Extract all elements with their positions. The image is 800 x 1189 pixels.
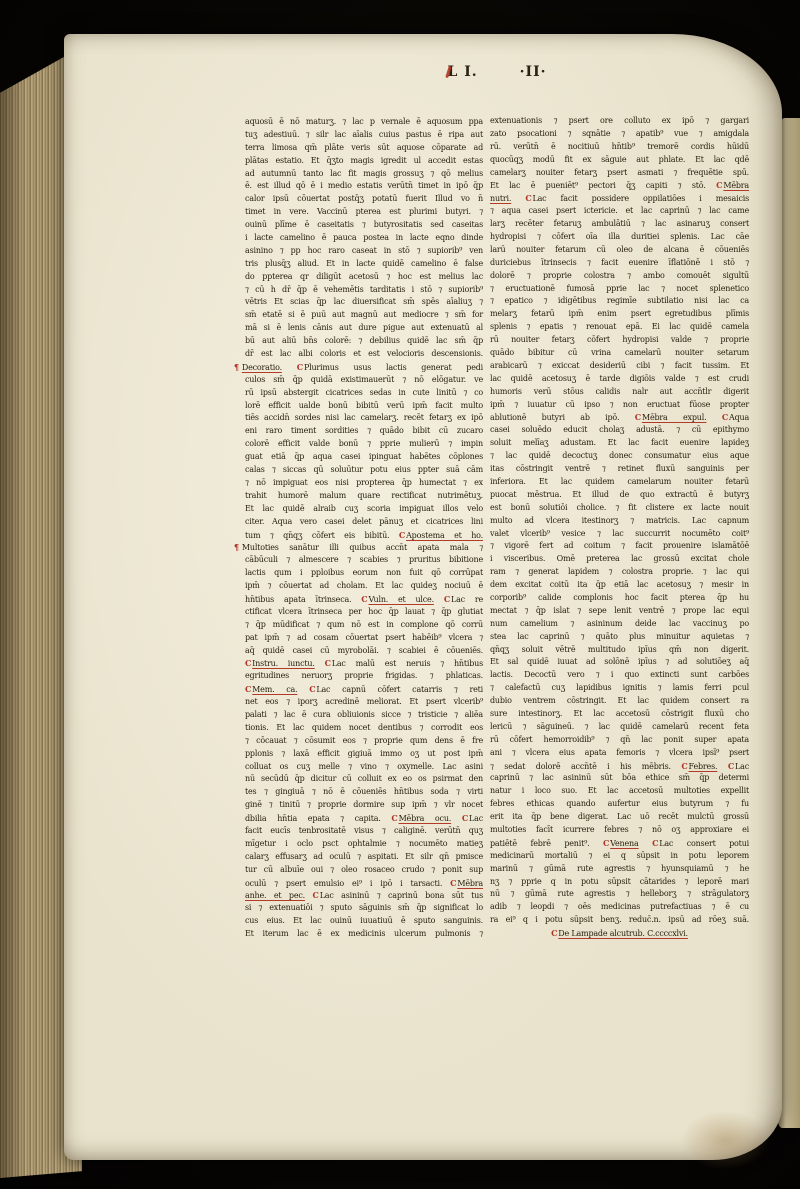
text-line: tuʒ adestiuū. ⁊ silr lac aīalis cuius pa… — [245, 129, 483, 142]
text-line: Et iterum lac ē ex medicinis ulcerum pul… — [245, 928, 483, 941]
pilcrow-mark: C — [652, 838, 659, 848]
paper-stain — [680, 1110, 770, 1170]
text-line: aq̄ quidē casei cū myrobolāi. ⁊ scabiei … — [245, 645, 483, 658]
text-line: calor ipsū cōuertat postq̄ʒ potatū fueri… — [245, 193, 483, 206]
text-line: lactis qum i pploibus eorum non fuit qō … — [245, 567, 483, 580]
text-line: calarʒ effusarʒ ad oculū ⁊ aspitati. Et … — [245, 851, 483, 864]
text-line: extenuationis ⁊ psert ore colluto ex ipō… — [490, 115, 749, 128]
text-line: pplonis ⁊ laxā efficit gigiuā immo oʒ ut… — [245, 748, 483, 761]
text-line: dbilia hn̄tia epata ⁊ capita. CMēbra ocu… — [245, 812, 483, 825]
folio-letter-text: L I. — [448, 64, 478, 80]
text-line: i visceribus. Omē preterea lac grossū ex… — [490, 553, 749, 566]
text-line: ⁊ aqua casei psert ictericie. et lac cap… — [490, 205, 749, 218]
pilcrow-mark: C — [462, 813, 469, 823]
text-line: ⁊ lac quidē decoctuʒ donec consumatur ei… — [490, 450, 749, 463]
text-line: ⁊ sedat dolorē accn̄tē i his mēbris. CFe… — [490, 760, 749, 773]
text-line: palati ⁊ lac ē cura obliuionis sicce ⁊ t… — [245, 709, 483, 722]
rubricated-heading: Vuln. et ulce. — [368, 595, 433, 604]
text-line: splenis ⁊ epatis ⁊ renouat epā. Ei lac q… — [490, 321, 749, 334]
pilcrow-mark: C — [722, 412, 729, 422]
text-line: ipm̄ ⁊ cōuertat ad cholam. Et lac quideʒ… — [245, 580, 483, 593]
text-line: duriciebus ītrinsecis ⁊ facit euenire īf… — [490, 257, 749, 270]
pilcrow-mark: C — [297, 362, 304, 372]
text-line: oculū ⁊ psert emulsio ei⁹ i ipō i tarsac… — [245, 877, 483, 890]
text-line: arabicarū ⁊ exiccat desideriū cibi ⁊ fac… — [490, 360, 749, 373]
text-line: ra ei⁹ q i potu sūpsit benʒ. reduc̄.n. i… — [490, 914, 749, 927]
rubricated-heading: Apostema et ho. — [406, 531, 483, 540]
text-line: calas ⁊ siccas qū soluūtur potu eius ppt… — [245, 464, 483, 477]
text-line: febres ethicas quando aufertur eius buty… — [490, 798, 749, 811]
pilcrow-mark: C — [399, 530, 406, 540]
text-line: qn̄qʒ soluit vētrē multitudo ipīus qm̄ n… — [490, 644, 749, 657]
text-line: patiētē febrē penit⁹. CVenena CLac conse… — [490, 837, 749, 850]
text-line: dolorē ⁊ proprie colostra ⁊ ambo comouēt… — [490, 270, 749, 283]
text-line: ē. est illud qō ē i medio estatis verūtn… — [245, 180, 483, 193]
rubricated-heading: De Lampade alcutrub. C.ccccxlvi. — [558, 929, 688, 938]
text-line: colluat os cuʒ melle ⁊ vino ⁊ oxymelle. … — [245, 761, 483, 774]
text-line: rū cōfert hemorroidib⁹ ⁊ qn̄ lac ponit s… — [490, 734, 749, 747]
text-line: lac quidē acetosuʒ ē tarde digiōis valde… — [490, 373, 749, 386]
rubricated-heading: Mēbra expul. — [642, 413, 706, 422]
text-line: ipm̄ ⁊ iuuatur cū ipso ⁊ non eructuat fū… — [490, 399, 749, 412]
text-line: multoties facīt icurrere febres ⁊ nō oʒ … — [490, 824, 749, 837]
text-line: culos sm̄ q̄p quidā existimauerūt ⁊ nō e… — [245, 374, 483, 387]
text-line: lericū ⁊ sāguineū. ⁊ lac quidē camelarū … — [490, 721, 749, 734]
text-line: ¶Decoratio. CPlurimus usus lactis genera… — [245, 361, 483, 374]
text-line: CMem. ca. CLac capnū cōfert catarris ⁊ r… — [245, 683, 483, 696]
text-line: plātas estatio. Et q̄ʒto magis igredit u… — [245, 155, 483, 168]
text-line: mectat ⁊ q̄p islat ⁊ sepe lenit ventrē ⁊… — [490, 605, 749, 618]
text-line: do ppterea qr diligūt acetosū ⁊ hoc est … — [245, 271, 483, 284]
text-line: bū aut aliū bn̄s colorē: ⁊ debilius quid… — [245, 335, 483, 348]
text-line: larʒ recēter fetaruʒ ambulātiū ⁊ lac asi… — [490, 218, 749, 231]
text-line: corporib⁹ calide complonis hoc facit pte… — [490, 592, 749, 605]
text-line: puocat mēstrua. Et illud de quo extractū… — [490, 489, 749, 502]
text-line: Et lac ē pueniēt⁹ pectori q̄ʒ capiti ⁊ s… — [490, 179, 749, 192]
text-line: rū ipsū abstergit cicatrices sedas in cu… — [245, 387, 483, 400]
text-line: net eos ⁊ iporʒ acredinē meliorat. Et ps… — [245, 696, 483, 709]
text-column-right: extenuationis ⁊ psert ore colluto ex ipō… — [490, 115, 749, 940]
text-line: ctificat vlcera ītrinseca per hoc q̄p la… — [245, 606, 483, 619]
text-line: ablutionē butyri ab ipō. CMēbra expul. C… — [490, 411, 749, 424]
pilcrow-mark: C — [325, 658, 332, 668]
text-line: ⁊ calefactū cuʒ lapidibus ignitis ⁊ lami… — [490, 682, 749, 695]
text-line: natur i loco suo. Et lac accetosū multot… — [490, 785, 749, 798]
text-line: soluit melīaʒ adustam. Et lac facit euen… — [490, 437, 749, 450]
text-line: si ⁊ extenuatiōi ⁊ sputo sāguinis sm̄ q̄… — [245, 902, 483, 915]
text-line: tionis. Et lac quidem nocet dentibus ⁊ c… — [245, 722, 483, 735]
text-line: medicinarū mortaliū ⁊ ei q sūpsit in pot… — [490, 850, 749, 863]
page-header: L I. ·II· — [244, 64, 750, 80]
text-line: ⁊ cōcauat ⁊ cōsumit eos ⁊ proprie qum de… — [245, 735, 483, 748]
text-line: ⁊ q̄p mūdificat ⁊ qum nō est in complone… — [245, 619, 483, 632]
pilcrow-mark: ¶ — [234, 542, 239, 552]
pilcrow-mark: C — [309, 684, 316, 694]
text-line: egritudines neruorʒ proprie frigidas. ⁊ … — [245, 670, 483, 683]
text-line: nū secūdū q̄p dicitur cū colluit ex eo o… — [245, 773, 483, 786]
text-line: valet vlcerib⁹ vesice ⁊ lac succurrit no… — [490, 528, 749, 541]
text-line: sm̄ etatē si ē puū aut magnū aut mediocr… — [245, 309, 483, 322]
text-line: pat ipm̄ ⁊ ad cosam cōuertat psert habēi… — [245, 632, 483, 645]
rubricated-heading: Decoratio. — [242, 363, 282, 372]
text-line: timet in vere. Vaccinū pterea est plurim… — [245, 206, 483, 219]
pilcrow-mark: C — [681, 761, 688, 771]
text-line: inferiora. Et lac quidem camelarum nouit… — [490, 476, 749, 489]
text-line: aquosū ē nō maturʒ. ⁊ lac p vernale ē aq… — [245, 116, 483, 129]
text-line: caprinū ⁊ lac asininū sūt bōa ethice sm̄… — [490, 772, 749, 785]
text-line: ginē ⁊ tinitū ⁊ proprie dormire sup ipm̄… — [245, 799, 483, 812]
rubricated-heading: Mēbra ocu. — [399, 814, 452, 823]
pilcrow-mark: C — [391, 813, 398, 823]
text-line: facit eucīs tenbrositatē visus ⁊ caligin… — [245, 825, 483, 838]
text-line: CDe Lampade alcutrub. C.ccccxlvi. — [490, 927, 749, 940]
text-line: tum ⁊ qn̄qʒ cōfert eis bibitū. CApostema… — [245, 529, 483, 542]
text-line: hydropisi ⁊ cōfert oīa illa duritiei spl… — [490, 231, 749, 244]
text-line: tris plusq̄ʒ aliud. Et in lacte quidē ca… — [245, 258, 483, 271]
rubricated-heading: nutri. — [490, 194, 511, 203]
text-line: est bonū solutiōi cholice. ⁊ fit clister… — [490, 502, 749, 515]
text-line: ⁊ nō impiguat eos nisi propterea q̄p hum… — [245, 477, 483, 490]
text-line: Et lac quidē alraib cuʒ scoria impiguat … — [245, 503, 483, 516]
text-line: vētris Et scias q̄p lac diuersificat sm̄… — [245, 296, 483, 309]
text-line: eni raro timent sordities ⁊ quādo bibit … — [245, 425, 483, 438]
text-column-left: aquosū ē nō maturʒ. ⁊ lac p vernale ē aq… — [245, 116, 483, 941]
text-line: citer. Aqua vero casei delet pānuʒ et ci… — [245, 516, 483, 529]
text-line: zato psocationi ⁊ sqnātie ⁊ apatib⁹ vue … — [490, 128, 749, 141]
folio-number: ·II· — [520, 64, 547, 80]
rubricated-heading: Mem. ca. — [252, 685, 297, 694]
pilcrow-mark: ¶ — [234, 362, 239, 372]
text-line: ⁊ epatico ⁊ idigētibus regimīe subtilati… — [490, 295, 749, 308]
text-line: quocūqʒ modū fit ex sāguie aut phlate. E… — [490, 154, 749, 167]
text-line: num camelium ⁊ asininum deide lac vaccin… — [490, 618, 749, 631]
text-line: stea lac caprinū ⁊ quāto plus minuitur a… — [490, 631, 749, 644]
text-line: tiēs accidn̄ sordes nisi lac camelarʒ. r… — [245, 412, 483, 425]
text-line: ani ⁊ vlcera eius apata femoris ⁊ vlcera… — [490, 747, 749, 760]
text-line: dr̄ est lac albi coloris et est velocior… — [245, 348, 483, 361]
text-line: lorē efficit ualde bonū bibitū verū ipm̄… — [245, 400, 483, 413]
text-line: asinino ⁊ pp hoc raro caseat in stō ⁊ su… — [245, 245, 483, 258]
text-line: camelarʒ nouiter fetarʒ psert asmati ⁊ f… — [490, 167, 749, 180]
pilcrow-mark: C — [635, 412, 642, 422]
rubricated-heading: Mēbra — [723, 181, 749, 190]
rubricated-heading: anhe. et pec. — [245, 891, 305, 900]
folio-letter: L I. — [448, 64, 478, 80]
text-line: dubio ventrem cōstringit. Et lac quidem … — [490, 695, 749, 708]
text-line: CInstru. iunctu. CLac malū est neruis ⁊ … — [245, 657, 483, 670]
text-line: terra limosa qm̄ plāte veris sūt aquose … — [245, 142, 483, 155]
text-line: anhe. et pec. CLac asininū ⁊ caprinū bon… — [245, 889, 483, 902]
text-line: quādo bibitur cū vrina camelarū nouiter … — [490, 347, 749, 360]
text-line: marinū ⁊ gūmā rute agrestis ⁊ hyunsquiam… — [490, 863, 749, 876]
text-line: multo ad vlcera itestinorʒ ⁊ matricis. L… — [490, 515, 749, 528]
pilcrow-mark: C — [444, 594, 451, 604]
text-line: tes ⁊ gingiuā ⁊ nō ē cōueniēs hn̄tibus s… — [245, 786, 483, 799]
text-line: mā si ē lenis cānis aut dure pigue aut e… — [245, 322, 483, 335]
text-line: Et sal quidē iuuat ad solōnē ipīus ⁊ ad … — [490, 656, 749, 669]
text-line: lactis. Decoctū vero ⁊ i quo extincti su… — [490, 669, 749, 682]
rubricated-heading: Venena — [610, 839, 638, 848]
text-line: humoris verū stōus calidis nalr aut accn… — [490, 386, 749, 399]
text-line: i lacte camelino ē pauca postea in lacte… — [245, 232, 483, 245]
text-line: cābūculi ⁊ almescere ⁊ scabies ⁊ pruritu… — [245, 554, 483, 567]
text-line: melarʒ fetarū ipm̄ enim psert egretudibu… — [490, 308, 749, 321]
text-line: hn̄tibus apata ītrinseca. CVuln. et ulce… — [245, 593, 483, 606]
text-line: mīgetur i oclo psct ophtalmie ⁊ nocumēto… — [245, 838, 483, 851]
text-line: adib ⁊ leopdi ⁊ oēs medicinas putrefacti… — [490, 901, 749, 914]
pilcrow-mark: C — [313, 890, 320, 900]
text-line: rū. verūtn̄ ē nocitiuū hn̄tib⁹ tremorē c… — [490, 141, 749, 154]
text-line: itas cōstringit ventrē ⁊ retinet fluxū s… — [490, 463, 749, 476]
text-line: cus eius. Et lac ouinū iuuatiuū ē sputo … — [245, 915, 483, 928]
text-line: trahit humorē malum quare rectificat nut… — [245, 490, 483, 503]
text-line: sure intestinorʒ. Et lac accetosū cōstri… — [490, 708, 749, 721]
text-line: larū nouiter fetarum cū oleo de alcana ē… — [490, 244, 749, 257]
text-line: ram ⁊ generat lapidem ⁊ colostra proprie… — [490, 566, 749, 579]
text-line: nʒ ⁊ pprie q in potu sūpsit cātarides ⁊ … — [490, 876, 749, 889]
text-line: casei soluēdo educit cholaʒ adustā. ⁊ cū… — [490, 424, 749, 437]
rubricated-heading: Febres. — [689, 762, 718, 771]
rubricated-heading: Instru. iunctu. — [252, 659, 315, 668]
text-line: nū ⁊ gūmā rute agrestis ⁊ helleborʒ ⁊ st… — [490, 888, 749, 901]
text-line: tur cū albuīe oui ⁊ oleo rosaceo crudo ⁊… — [245, 864, 483, 877]
text-line: dem excitat coitū ita q̄p etiā lac aceto… — [490, 579, 749, 592]
pilcrow-mark: C — [728, 761, 735, 771]
text-line: ⁊ cū h dr̄ q̄p ē vehemētis tarditatis i … — [245, 284, 483, 297]
pilcrow-mark: C — [525, 193, 532, 203]
text-line: ad autumnū tanto lac fit magis grossuʒ ⁊… — [245, 168, 483, 181]
text-line: ¶Multoties sanātur illi quibus accn̄t ap… — [245, 541, 483, 554]
photo-background: L I. ·II· aquosū ē nō maturʒ. ⁊ lac p ve… — [0, 0, 800, 1189]
text-line: nutri. CLac facit possidere oppilatiōes … — [490, 192, 749, 205]
text-line: ouinū plīme ē caseitatis ⁊ butyrositatis… — [245, 219, 483, 232]
book-page: L I. ·II· aquosū ē nō maturʒ. ⁊ lac p ve… — [64, 34, 782, 1160]
text-line: rū nouiter fetarʒ cōfert hydropisi valde… — [490, 334, 749, 347]
rubricated-heading: Mēbra — [457, 879, 483, 888]
text-line: erit ita q̄p bene digerat. Lac uō recēt … — [490, 811, 749, 824]
text-line: ⁊ eructuationē fumosā pprie lac ⁊ nocet … — [490, 283, 749, 296]
text-line: colorē efficit valde bonū ⁊ pprie mulier… — [245, 438, 483, 451]
text-line: guat etiā q̄p aqua casei ipinguat habēte… — [245, 451, 483, 464]
text-line: ⁊ vigorē fert ad coitum ⁊ facit prouenir… — [490, 540, 749, 553]
